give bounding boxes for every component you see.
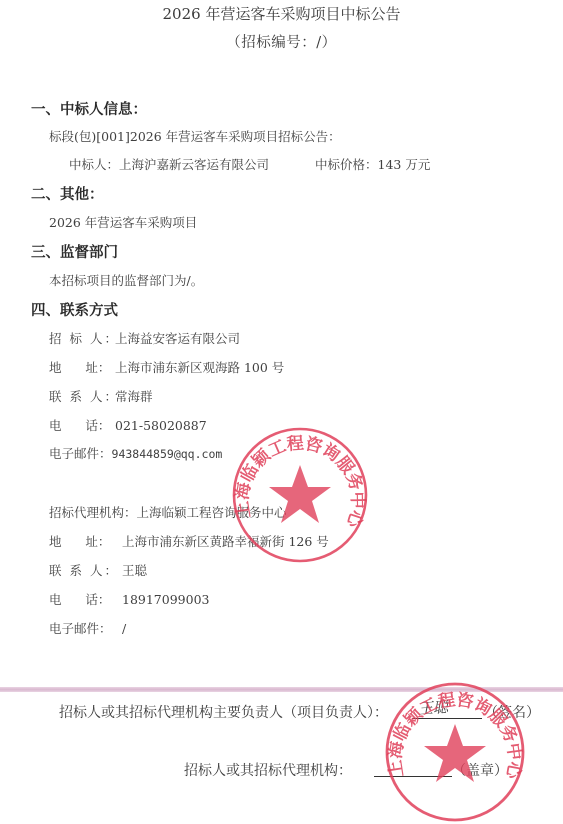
- agency-name-value: 上海临颖工程咨询服务中心: [137, 505, 287, 520]
- winner-label: 中标人：: [69, 157, 119, 172]
- org-label: 招标人或其招标代理机构：: [184, 760, 352, 780]
- responsible-label: 招标人或其招标代理机构主要负责人（项目负责人）：: [59, 702, 388, 722]
- stamp-underline: [374, 776, 452, 777]
- agency-address-row: 地 址：上海市浦东新区黄路幸福新街 126 号: [49, 532, 329, 550]
- agency-email-row: 电子邮件：/: [49, 619, 126, 637]
- agency-phone-value: 18917099003: [122, 592, 209, 607]
- agency-name-label: 招标代理机构：: [49, 505, 137, 520]
- agency-address-value: 上海市浦东新区黄路幸福新街 126 号: [122, 534, 329, 549]
- supervision-text: 本招标项目的监督部门为/。: [49, 271, 203, 289]
- agency-email-label: 电子邮件：: [49, 619, 122, 637]
- winner-row: 中标人：上海沪嘉新云客运有限公司: [69, 155, 269, 173]
- tenderer-name-value: 上海益安客运有限公司: [115, 331, 240, 346]
- tenderer-name-row: 招 标 人：上海益安客运有限公司: [49, 329, 240, 347]
- tenderer-email-label: 电子邮件：: [49, 446, 112, 461]
- agency-email-value: /: [122, 621, 126, 636]
- section-heading-other: 二、其他：: [31, 183, 104, 204]
- price-value: 143 万元: [378, 157, 431, 172]
- price-row: 中标价格：143 万元: [315, 155, 430, 173]
- document-subtitle: （招标编号：/）: [0, 31, 563, 52]
- section-heading-winner-info: 一、中标人信息：: [31, 98, 147, 119]
- responsible-suffix: （签名）: [484, 702, 540, 722]
- signature-underline: [412, 718, 482, 719]
- agency-name-row: 招标代理机构：上海临颖工程咨询服务中心: [49, 503, 287, 521]
- org-suffix: （盖章）: [452, 760, 508, 780]
- tenderer-contact-row: 联 系 人：常海群: [49, 387, 153, 405]
- agency-phone-label: 电 话：: [49, 590, 122, 608]
- tenderer-email-row: 电子邮件：943844859@qq.com: [49, 444, 222, 462]
- document-page: 2026 年营运客车采购项目中标公告 （招标编号：/） 一、中标人信息： 标段(…: [0, 0, 563, 824]
- tenderer-email-value: 943844859@qq.com: [112, 447, 223, 461]
- handwritten-signature: 王聪: [417, 696, 448, 719]
- other-text: 2026 年营运客车采购项目: [49, 213, 197, 231]
- price-label: 中标价格：: [315, 157, 378, 172]
- lot-line: 标段(包)[001]2026 年营运客车采购项目招标公告：: [49, 127, 341, 145]
- agency-contact-row: 联 系 人：王聪: [49, 561, 147, 579]
- tenderer-address-value: 上海市浦东新区观海路 100 号: [115, 360, 284, 375]
- section-heading-supervision: 三、监督部门: [31, 241, 118, 262]
- tenderer-phone-label: 电 话：: [49, 416, 115, 434]
- document-title: 2026 年营运客车采购项目中标公告: [0, 3, 563, 24]
- tenderer-contact-label: 联 系 人：: [49, 387, 115, 405]
- section-heading-contact: 四、联系方式: [31, 299, 118, 320]
- tenderer-phone-row: 电 话：021-58020887: [49, 416, 207, 434]
- agency-address-label: 地 址：: [49, 532, 122, 550]
- tenderer-phone-value: 021-58020887: [115, 418, 207, 433]
- tenderer-address-row: 地 址：上海市浦东新区观海路 100 号: [49, 358, 284, 376]
- tenderer-name-label: 招 标 人：: [49, 329, 115, 347]
- page-break-divider: [0, 687, 563, 692]
- agency-contact-label: 联 系 人：: [49, 561, 122, 579]
- tenderer-contact-value: 常海群: [115, 389, 153, 404]
- tenderer-address-label: 地 址：: [49, 358, 115, 376]
- agency-phone-row: 电 话：18917099003: [49, 590, 209, 608]
- winner-value: 上海沪嘉新云客运有限公司: [119, 157, 269, 172]
- agency-contact-value: 王聪: [122, 563, 147, 578]
